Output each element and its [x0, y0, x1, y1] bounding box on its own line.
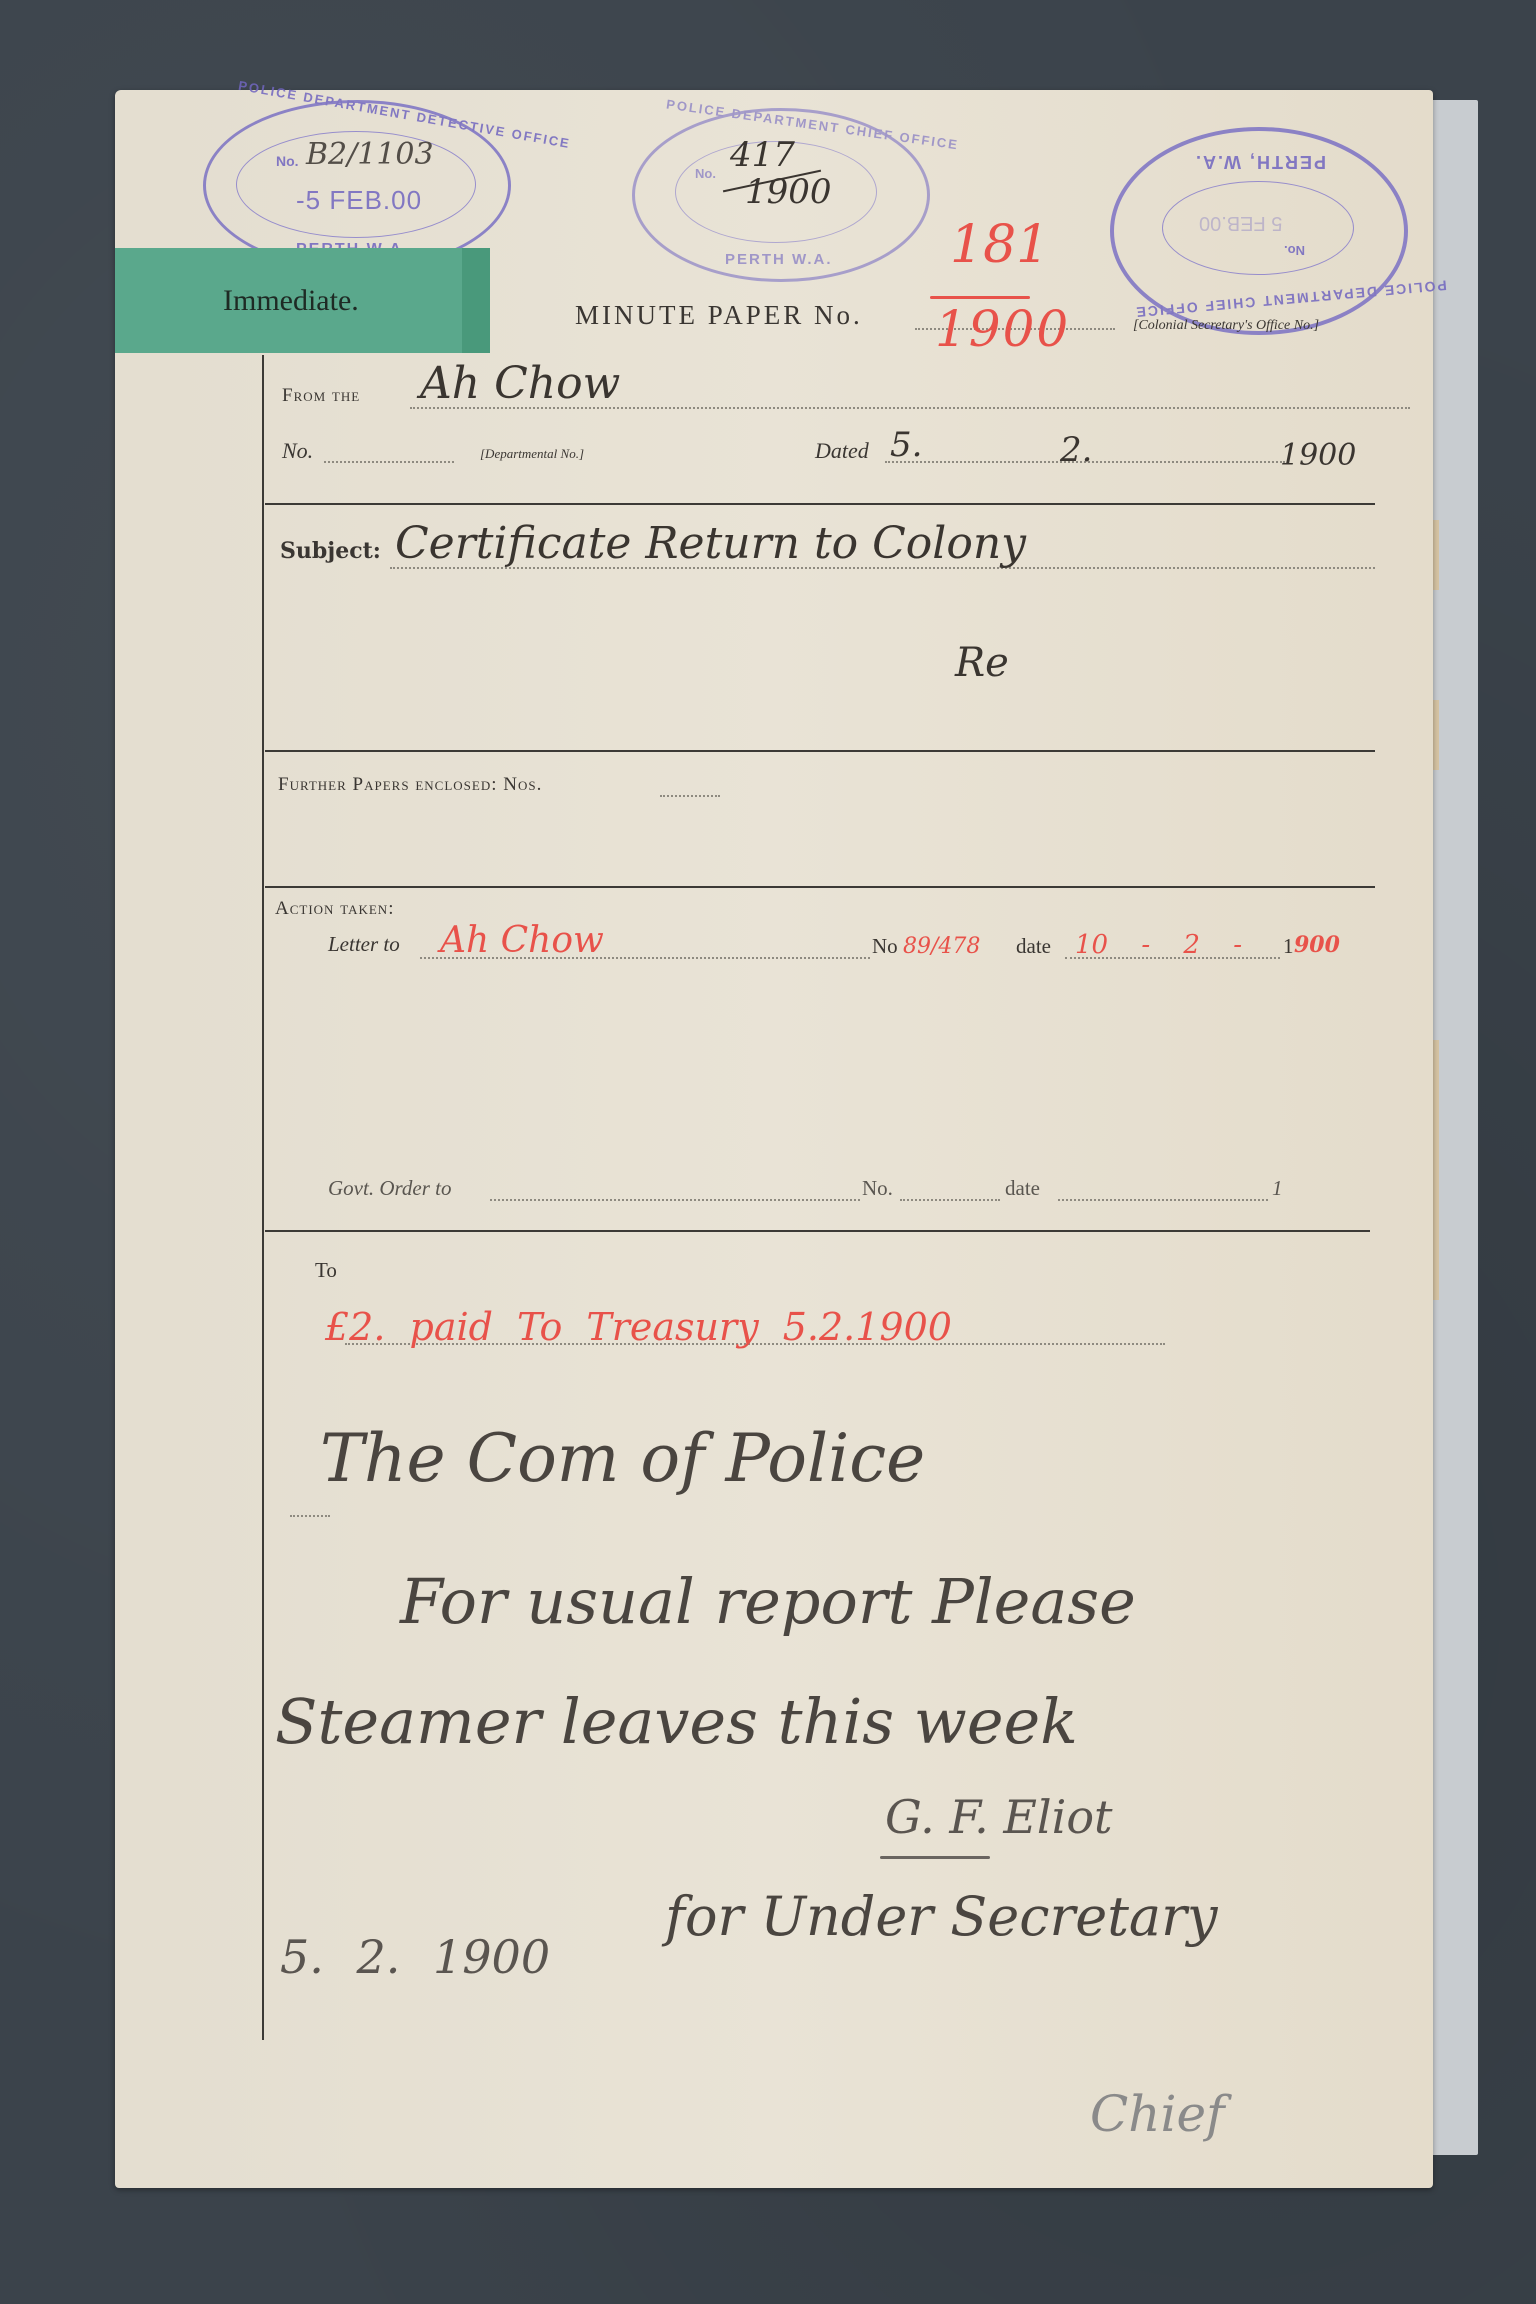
section-rule [265, 886, 1375, 888]
stamp-handwritten-number-bottom: 1900 [745, 172, 832, 212]
letter-to-label: Letter to [328, 932, 400, 957]
no-dots [324, 461, 454, 463]
further-papers-label: Further Papers enclosed: Nos. [278, 774, 542, 796]
minute-line-2: For usual report Please [400, 1565, 1136, 1638]
office-note: [Colonial Secretary's Office No.] [1133, 318, 1319, 334]
stamp-ring-bottom: PERTH W.A. [725, 251, 833, 268]
dated-day: 5. [890, 425, 922, 465]
stamp-detective-office: POLICE DEPARTMENT DETECTIVE OFFICE PERTH… [203, 100, 511, 271]
stamp-handwritten-number: B2/1103 [306, 137, 434, 172]
left-margin-rule [262, 355, 264, 2040]
signature-title: for Under Secretary [665, 1885, 1217, 1948]
from-label: From the [282, 385, 360, 407]
action-no-value: 89/478 [903, 934, 980, 959]
action-no-label: No [872, 934, 898, 959]
no-label: No. [282, 438, 313, 464]
further-papers-dots [660, 795, 720, 797]
govt-date-label: date [1005, 1176, 1040, 1201]
stamp-date-faint: 5 FEB.00 [1199, 211, 1282, 234]
subject-label: Subject: [280, 538, 381, 564]
subject-note: Re [955, 640, 1009, 686]
minute-number-top: 181 [950, 215, 1049, 275]
to-label: To [315, 1258, 337, 1283]
action-year-value: 900 [1294, 932, 1340, 958]
subject-value: Certificate Return to Colony [395, 518, 1026, 569]
section-rule [265, 503, 1375, 505]
action-taken-label: Action taken: [275, 898, 394, 920]
immediate-label: Immediate. [115, 248, 490, 353]
minute-line-1: The Com of Police [320, 1420, 925, 1497]
immediate-text: Immediate. [223, 284, 359, 318]
govt-no-dots [900, 1199, 1000, 1201]
stamp-date: -5 FEB.00 [296, 185, 422, 216]
govt-date-dots [1058, 1199, 1268, 1201]
stamp-chief-office-2: PERTH, W.A. POLICE DEPARTMENT CHIEF OFFI… [1110, 127, 1408, 335]
minute-paper-label: MINUTE PAPER No. [575, 300, 863, 331]
action-date-value: 10 - 2 - [1075, 930, 1242, 960]
action-year-prefix: 1 [1283, 934, 1294, 959]
letter-to-value: Ah Chow [440, 920, 604, 961]
dated-month: 2. [1060, 430, 1092, 470]
dated-label: Dated [815, 438, 869, 464]
stamp-no-label: No. [276, 153, 299, 169]
signature-underline [880, 1856, 990, 1859]
stamp-ring-text: PERTH, W.A. [1194, 151, 1326, 172]
signature: G. F. Eliot [885, 1790, 1113, 1844]
pencil-note: Chief [1090, 2085, 1225, 2143]
stamp-no-label: No. [695, 166, 716, 181]
dated-year: 1900 [1280, 438, 1356, 473]
govt-year: 1 [1272, 1176, 1283, 1201]
departmental-note: [Departmental No.] [480, 446, 584, 462]
treasury-note: £2. paid To Treasury 5.2.1900 [325, 1305, 952, 1349]
minute-number-bottom: 1900 [935, 300, 1070, 358]
govt-order-dots [490, 1199, 860, 1201]
minute-number-divider [930, 296, 1030, 299]
section-rule [265, 1230, 1370, 1232]
stamp-handwritten-number-top: 417 [730, 135, 795, 175]
section-rule [265, 750, 1375, 752]
action-date-label: date [1016, 934, 1051, 959]
from-value: Ah Chow [420, 358, 620, 409]
minute-date: 5. 2. 1900 [280, 1930, 550, 1984]
stamp-no-label: No. [1284, 243, 1305, 258]
govt-order-label: Govt. Order to [328, 1176, 451, 1201]
govt-no-label: No. [862, 1176, 893, 1201]
to-dots-2 [290, 1515, 330, 1517]
minute-line-3: Steamer leaves this week [275, 1685, 1078, 1758]
